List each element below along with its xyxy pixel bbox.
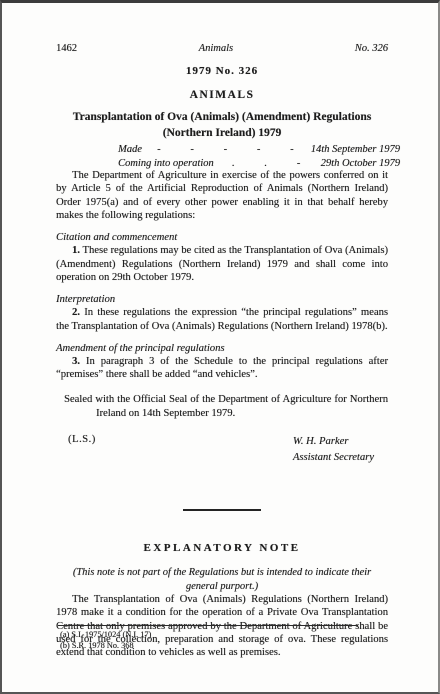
explanatory-note-caveat: (This note is not part of the Regulation…: [72, 566, 372, 593]
footnote-b: (b) S.R. 1978 No. 368: [60, 641, 151, 652]
signatory-name: W. H. Parker: [293, 436, 349, 447]
sealing-clause: Sealed with the Official Seal of the Dep…: [56, 393, 388, 421]
footnote-a: (a) S.I. 1975/1024 (N.I. 17): [60, 630, 151, 641]
section-number-3: 3.: [72, 356, 80, 367]
made-label: Made: [118, 144, 142, 155]
section-text-2: In these regulations the expression “the…: [56, 307, 388, 331]
signatory-role: Assistant Secretary: [293, 452, 374, 463]
section-paragraph-1: 1. These regulations may be cited as the…: [56, 244, 388, 284]
made-leader-dots: - - - - -: [142, 144, 311, 155]
section-paragraph-2: 2. In these regulations the expression “…: [56, 306, 388, 333]
made-date: 14th September 1979: [311, 144, 400, 155]
section-number-2: 2.: [72, 307, 80, 318]
section-heading-citation: Citation and commencement: [56, 232, 388, 243]
section-heading-interpretation: Interpretation: [56, 294, 388, 305]
section-text-3: In paragraph 3 of the Schedule to the pr…: [56, 356, 388, 380]
page-number: 1462: [56, 43, 77, 54]
section-heading-amendment: Amendment of the principal regulations: [56, 343, 388, 354]
footnotes: (a) S.I. 1975/1024 (N.I. 17) (b) S.R. 19…: [60, 630, 151, 652]
running-number: No. 326: [355, 43, 388, 54]
preamble-paragraph: The Department of Agriculture in exercis…: [56, 169, 388, 222]
document-number: 1979 No. 326: [56, 65, 388, 77]
signatory: W. H. Parker Assistant Secretary: [293, 434, 388, 465]
running-title: Animals: [199, 43, 233, 54]
document-title: Transplantation of Ova (Animals) (Amendm…: [56, 110, 388, 141]
signature-block: (L.S.) W. H. Parker Assistant Secretary: [56, 434, 388, 465]
subject-heading: ANIMALS: [56, 89, 388, 101]
seal-mark: (L.S.): [56, 434, 96, 465]
explanatory-note-heading: EXPLANATORY NOTE: [56, 542, 388, 554]
section-divider-rule: [183, 509, 261, 511]
operation-row: Coming into operation . . - 29th October…: [118, 158, 400, 169]
section-text-1: These regulations may be cited as the Tr…: [56, 245, 388, 283]
operation-date: 29th October 1979: [321, 158, 400, 169]
document-page: 1462 Animals No. 326 1979 No. 326 ANIMAL…: [0, 0, 440, 694]
section-paragraph-3: 3. In paragraph 3 of the Schedule to the…: [56, 355, 388, 382]
running-header: 1462 Animals No. 326: [56, 43, 388, 54]
made-row: Made - - - - - 14th September 1979: [118, 144, 400, 155]
operation-label: Coming into operation: [118, 158, 214, 169]
operation-leader-dots: . . -: [214, 158, 321, 169]
section-number-1: 1.: [72, 245, 80, 256]
footnote-rule: [58, 625, 358, 626]
